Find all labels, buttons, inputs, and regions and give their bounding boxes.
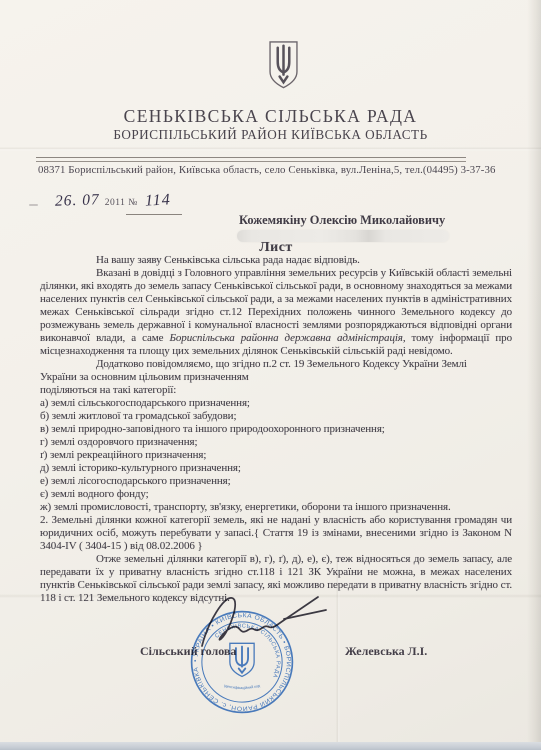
org-name: СЕНЬКІВСЬКА СІЛЬСЬКА РАДА [0,106,541,127]
letter-title: Лист [40,241,512,254]
category-item-d: д) землі історико-культурного призначенн… [40,462,512,475]
category-item-e: е) землі лісогосподарського призначення; [40,475,512,488]
scan-artifact [29,204,38,206]
paragraph-code-line3: поділяються на такі категорії: [40,384,512,397]
category-item-h: г) землі оздоровчого призначення; [40,436,512,449]
trident-emblem-icon [267,40,300,90]
doc-number-underline [126,214,182,215]
handwritten-doc-number: 114 [144,191,171,210]
signatory-name: Желевська Л.І. [345,644,427,659]
scan-bottom-edge [0,742,541,750]
svg-text:ідентифікаційний код: ідентифікаційний код [224,684,262,691]
paragraph-land-plots: Вказані в довідці з Головного управління… [40,267,512,358]
org-address-line: 08371 Бориспільський район, Київська обл… [38,164,498,176]
paragraph-land-plots-italic: Бориспільська районна державна адміністр… [170,332,406,344]
category-item-v: в) землі природно-заповідного та іншого … [40,423,512,436]
scanned-letter-page: СЕНЬКІВСЬКА СІЛЬСЬКА РАДА БОРИСПІЛЬСЬКИЙ… [0,0,541,750]
category-item-g: ґ) землі рекреаційного призначення; [40,449,512,462]
letter-body: Лист На вашу заяву Сеньківська сільська … [40,241,512,605]
stamp-id-code-text: ідентифікаційний код [224,684,262,691]
paragraph-intro: На вашу заяву Сеньківська сільська рада … [40,254,512,267]
handwritten-date: 26. 07 [55,191,100,211]
category-item-a: а) землі сільськогосподарського призначе… [40,397,512,410]
paragraph-reserve-clause: 2. Земельні ділянки кожної категорії зем… [40,514,512,553]
printed-year-number-label: 2011 № [105,198,138,208]
paragraph-code-line1: Додатково повідомляємо, що згідно п.2 ст… [40,358,512,371]
addressee-name: Кожемякіну Олексію Миколайовичу [239,213,445,228]
handwritten-signature [196,588,334,660]
paper-fold-crease [0,147,541,151]
header-divider [36,157,466,162]
category-item-ye: є) землі водного фонду; [40,488,512,501]
org-subtitle: БОРИСПІЛЬСЬКИЙ РАЙОН КИЇВСЬКА ОБЛАСТЬ [0,127,541,143]
scan-edge-shadow [527,0,541,750]
category-item-zh: ж) землі промисловості, транспорту, зв'я… [40,501,512,514]
category-item-b: б) землі житлової та громадської забудов… [40,410,512,423]
paragraph-code-line2: України за основним цільовим призначення… [40,371,512,384]
reference-line: 26. 07 2011 № 114 [55,192,171,210]
